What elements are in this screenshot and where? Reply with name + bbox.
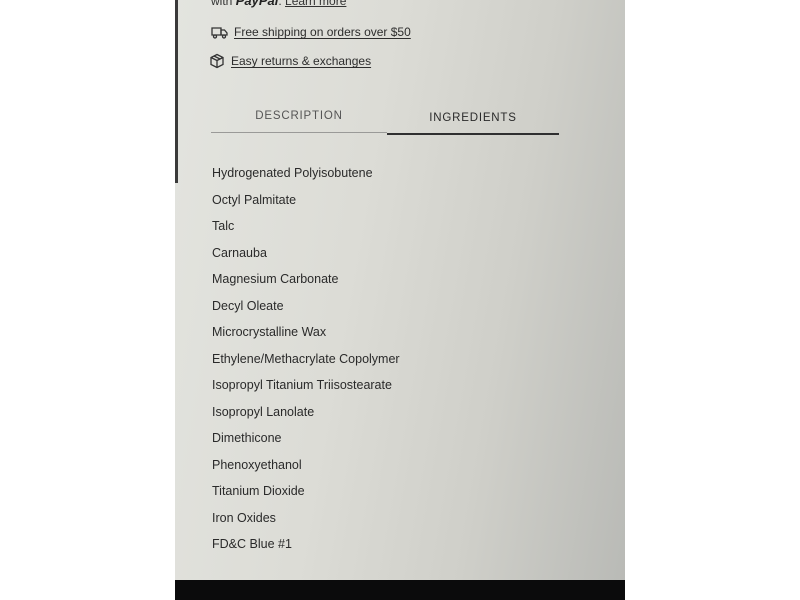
truck-icon [211, 26, 228, 39]
monitor-bezel [175, 580, 625, 600]
ingredient-item: Iron Oxides [212, 509, 400, 536]
ingredient-item: Magnesium Carbonate [212, 270, 400, 297]
paypal-prefix: with [211, 0, 232, 8]
easy-returns-perk[interactable]: Easy returns & exchanges [209, 53, 371, 69]
ingredient-item: Microcrystalline Wax [212, 323, 400, 350]
tab-description[interactable]: DESCRIPTION [211, 110, 387, 134]
free-shipping-link[interactable]: Free shipping on orders over $50 [234, 25, 411, 39]
paypal-logo: PayPal [236, 0, 279, 8]
product-info-tabs: DESCRIPTION INGREDIENTS [211, 108, 559, 136]
ingredient-item: Carnauba [212, 244, 400, 271]
paypal-installments-note: with PayPal. Learn more [211, 0, 346, 8]
ingredient-item: FD&C Blue #1 [212, 535, 400, 562]
ingredient-item: Talc [212, 217, 400, 244]
active-tab-indicator [387, 133, 559, 135]
ingredient-item: Dimethicone [212, 429, 400, 456]
learn-more-link[interactable]: Learn more [285, 0, 346, 8]
ingredient-item: Octyl Palmitate [212, 191, 400, 218]
ingredient-item: Isopropyl Lanolate [212, 403, 400, 430]
window-edge [175, 0, 178, 183]
tab-underline [211, 132, 387, 133]
product-page-screen: with PayPal. Learn more Free shipping on… [175, 0, 625, 582]
ingredient-item: Phenoxyethanol [212, 456, 400, 483]
ingredient-item: Decyl Oleate [212, 297, 400, 324]
ingredient-item: Titanium Dioxide [212, 482, 400, 509]
ingredient-item: Ethylene/Methacrylate Copolymer [212, 350, 400, 377]
ingredients-list: Hydrogenated Polyisobutene Octyl Palmita… [212, 164, 400, 562]
ingredient-item: Isopropyl Titanium Triisostearate [212, 376, 400, 403]
free-shipping-perk[interactable]: Free shipping on orders over $50 [211, 25, 411, 39]
box-icon [209, 53, 225, 69]
ingredient-item: Hydrogenated Polyisobutene [212, 164, 400, 191]
easy-returns-link[interactable]: Easy returns & exchanges [231, 54, 371, 68]
